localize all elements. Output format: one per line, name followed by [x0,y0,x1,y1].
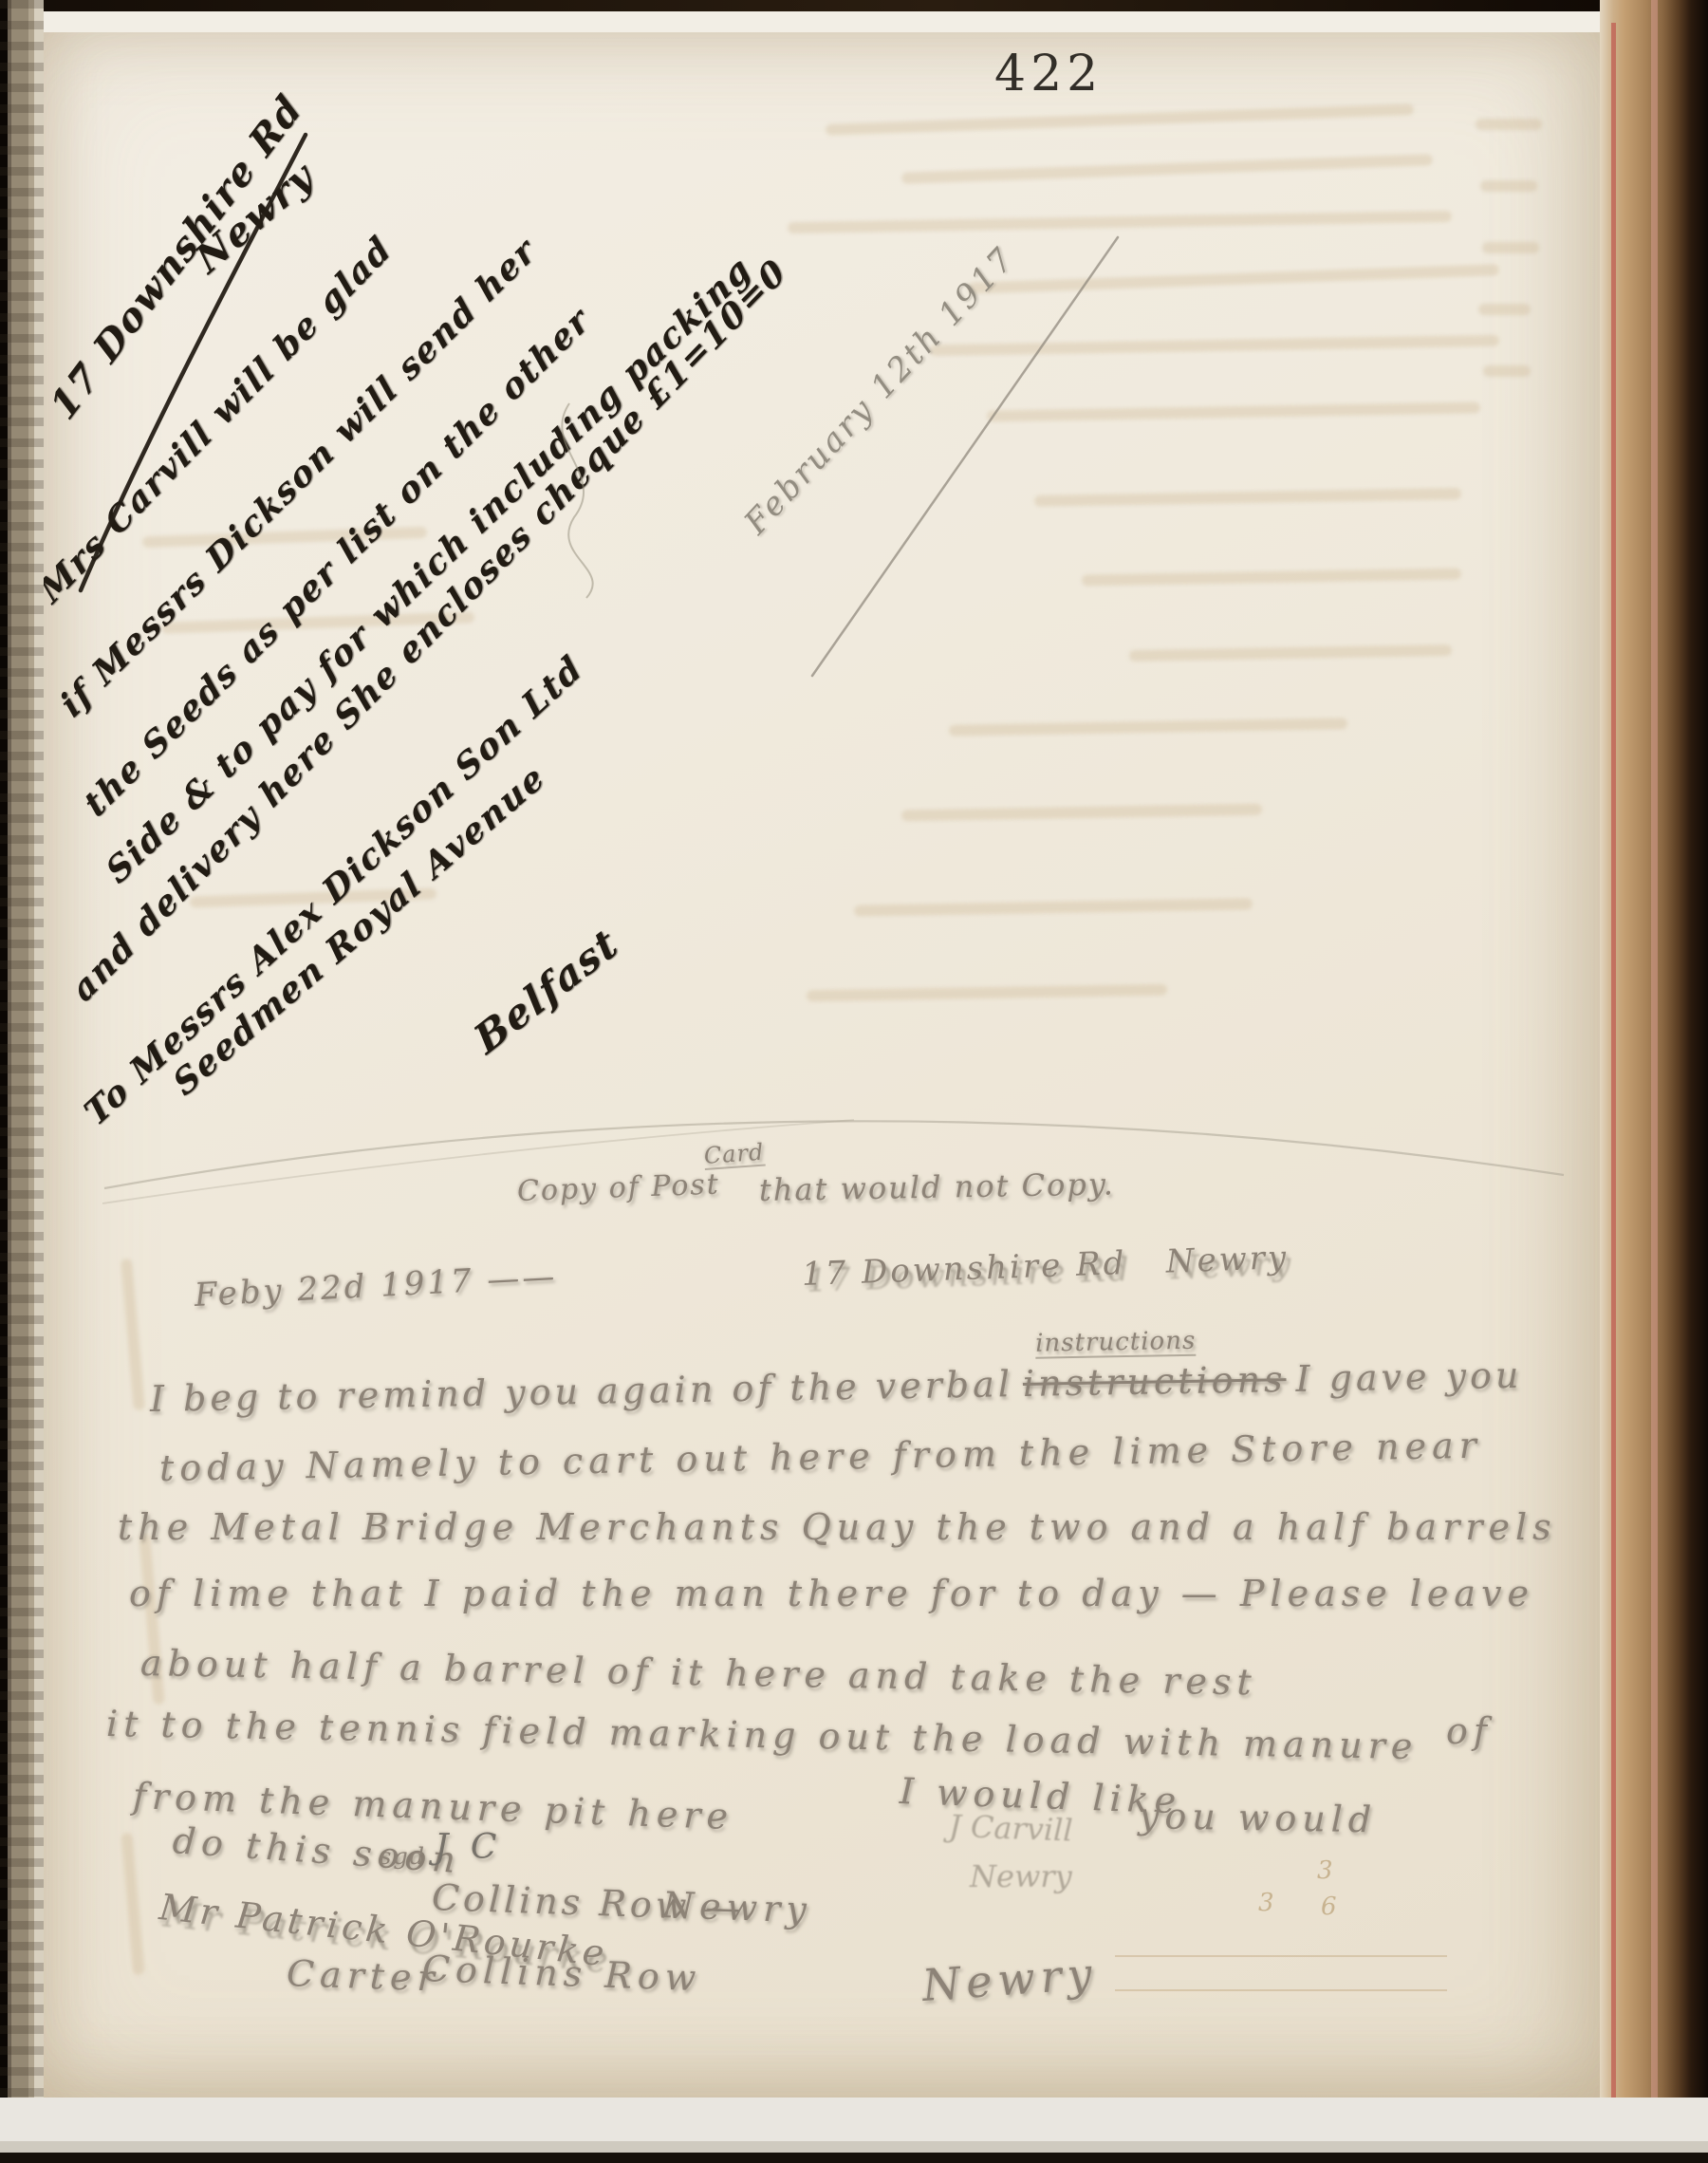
bleedthrough-streak [949,718,1347,736]
bleedthrough-rule [1115,1955,1447,1957]
bleedthrough-streak [1482,242,1539,253]
pink-edge-line [1651,0,1658,2163]
recipient-town2: Newry [920,1950,1099,2008]
bleedthrough-streak [987,401,1480,421]
inserted-word: instructions [1035,1329,1197,1359]
book-left-edge [0,0,44,2163]
bleedthrough-streak [854,898,1253,916]
scan-top-edge [0,0,1708,11]
bleedthrough-streak [1476,119,1542,130]
correction: instructionsinstructions [1023,1361,1287,1404]
letter-line: you would [1139,1798,1378,1839]
recipient-town: Newry [661,1887,812,1930]
letter-line-pre: I beg to remind you again of the verbal [150,1363,1014,1420]
struck-word: instructions [1023,1358,1287,1405]
copy-heading-part2: that would not Copy. [759,1168,1115,1206]
bleedthrough-figure: 6 [1321,1893,1337,1921]
page-bottom-edge [0,2098,1708,2163]
bleedthrough-streak [1129,644,1452,662]
letter-line: today Namely to cart out here from the l… [159,1427,1482,1488]
bleedthrough-streak [1082,569,1461,587]
bleedthrough-streak [826,103,1414,136]
letter-line-overflow: of [1446,1713,1493,1751]
letter-address: 17 Downshire Rd Newry [801,1241,1289,1293]
red-edge-line [1611,23,1616,2125]
bleedthrough-streak [968,264,1499,294]
letter-line-post: I gave you [1295,1354,1523,1400]
letter-date: Feby 22d 1917 —— [194,1260,558,1314]
letter-line-instructions: I beg to remind you again of the verbali… [150,1357,1523,1419]
ghost-town: Newry [970,1858,1072,1894]
bleedthrough-streak [1480,180,1537,192]
bleedthrough-streak [1483,365,1531,377]
bleedthrough-streak [121,1259,145,1410]
bleedthrough-streak [1034,488,1461,507]
copy-heading-insert: Card [703,1141,765,1171]
letter-initials: J C [435,1830,502,1866]
letter-line: about half a barrel of it here and take … [140,1645,1257,1702]
ink-note-line-city: Belfast [468,921,625,1061]
copy-heading-part1: Copy of Post [516,1170,720,1207]
bleedthrough-figure: 3 [1258,1889,1274,1917]
bleedthrough-streak [930,335,1499,356]
bleedthrough-streak [901,804,1262,822]
bleedthrough-streak [807,984,1167,1002]
bleedthrough-streak [788,211,1452,233]
bleedthrough-rule [1115,1989,1447,1991]
page-number: 422 [994,46,1103,103]
recipient-street2: Collins Row [421,1950,702,1998]
letterbook-page: 422 3 3 6 17 Downshire Rd Newry [44,32,1600,2098]
bleedthrough-streak [121,1833,144,1975]
letter-sgd: sgd [380,1845,426,1869]
book-right-page-stack [1600,0,1708,2163]
bleedthrough-streak [1478,304,1531,315]
bleedthrough-figure: 3 [1317,1856,1333,1885]
bleedthrough-streak [901,154,1433,184]
recipient-role: Carter [286,1955,440,1999]
letter-line: the Metal Bridge Merchants Quay the two … [118,1509,1557,1547]
letter-line: it to the tennis field marking out the l… [106,1706,1419,1766]
letter-line: of lime that I paid the man there for to… [129,1576,1534,1613]
ghost-signature: J Carvill [948,1808,1073,1849]
letterbook-scan: 422 3 3 6 17 Downshire Rd Newry [0,0,1708,2163]
page-top-edge [28,9,1609,34]
